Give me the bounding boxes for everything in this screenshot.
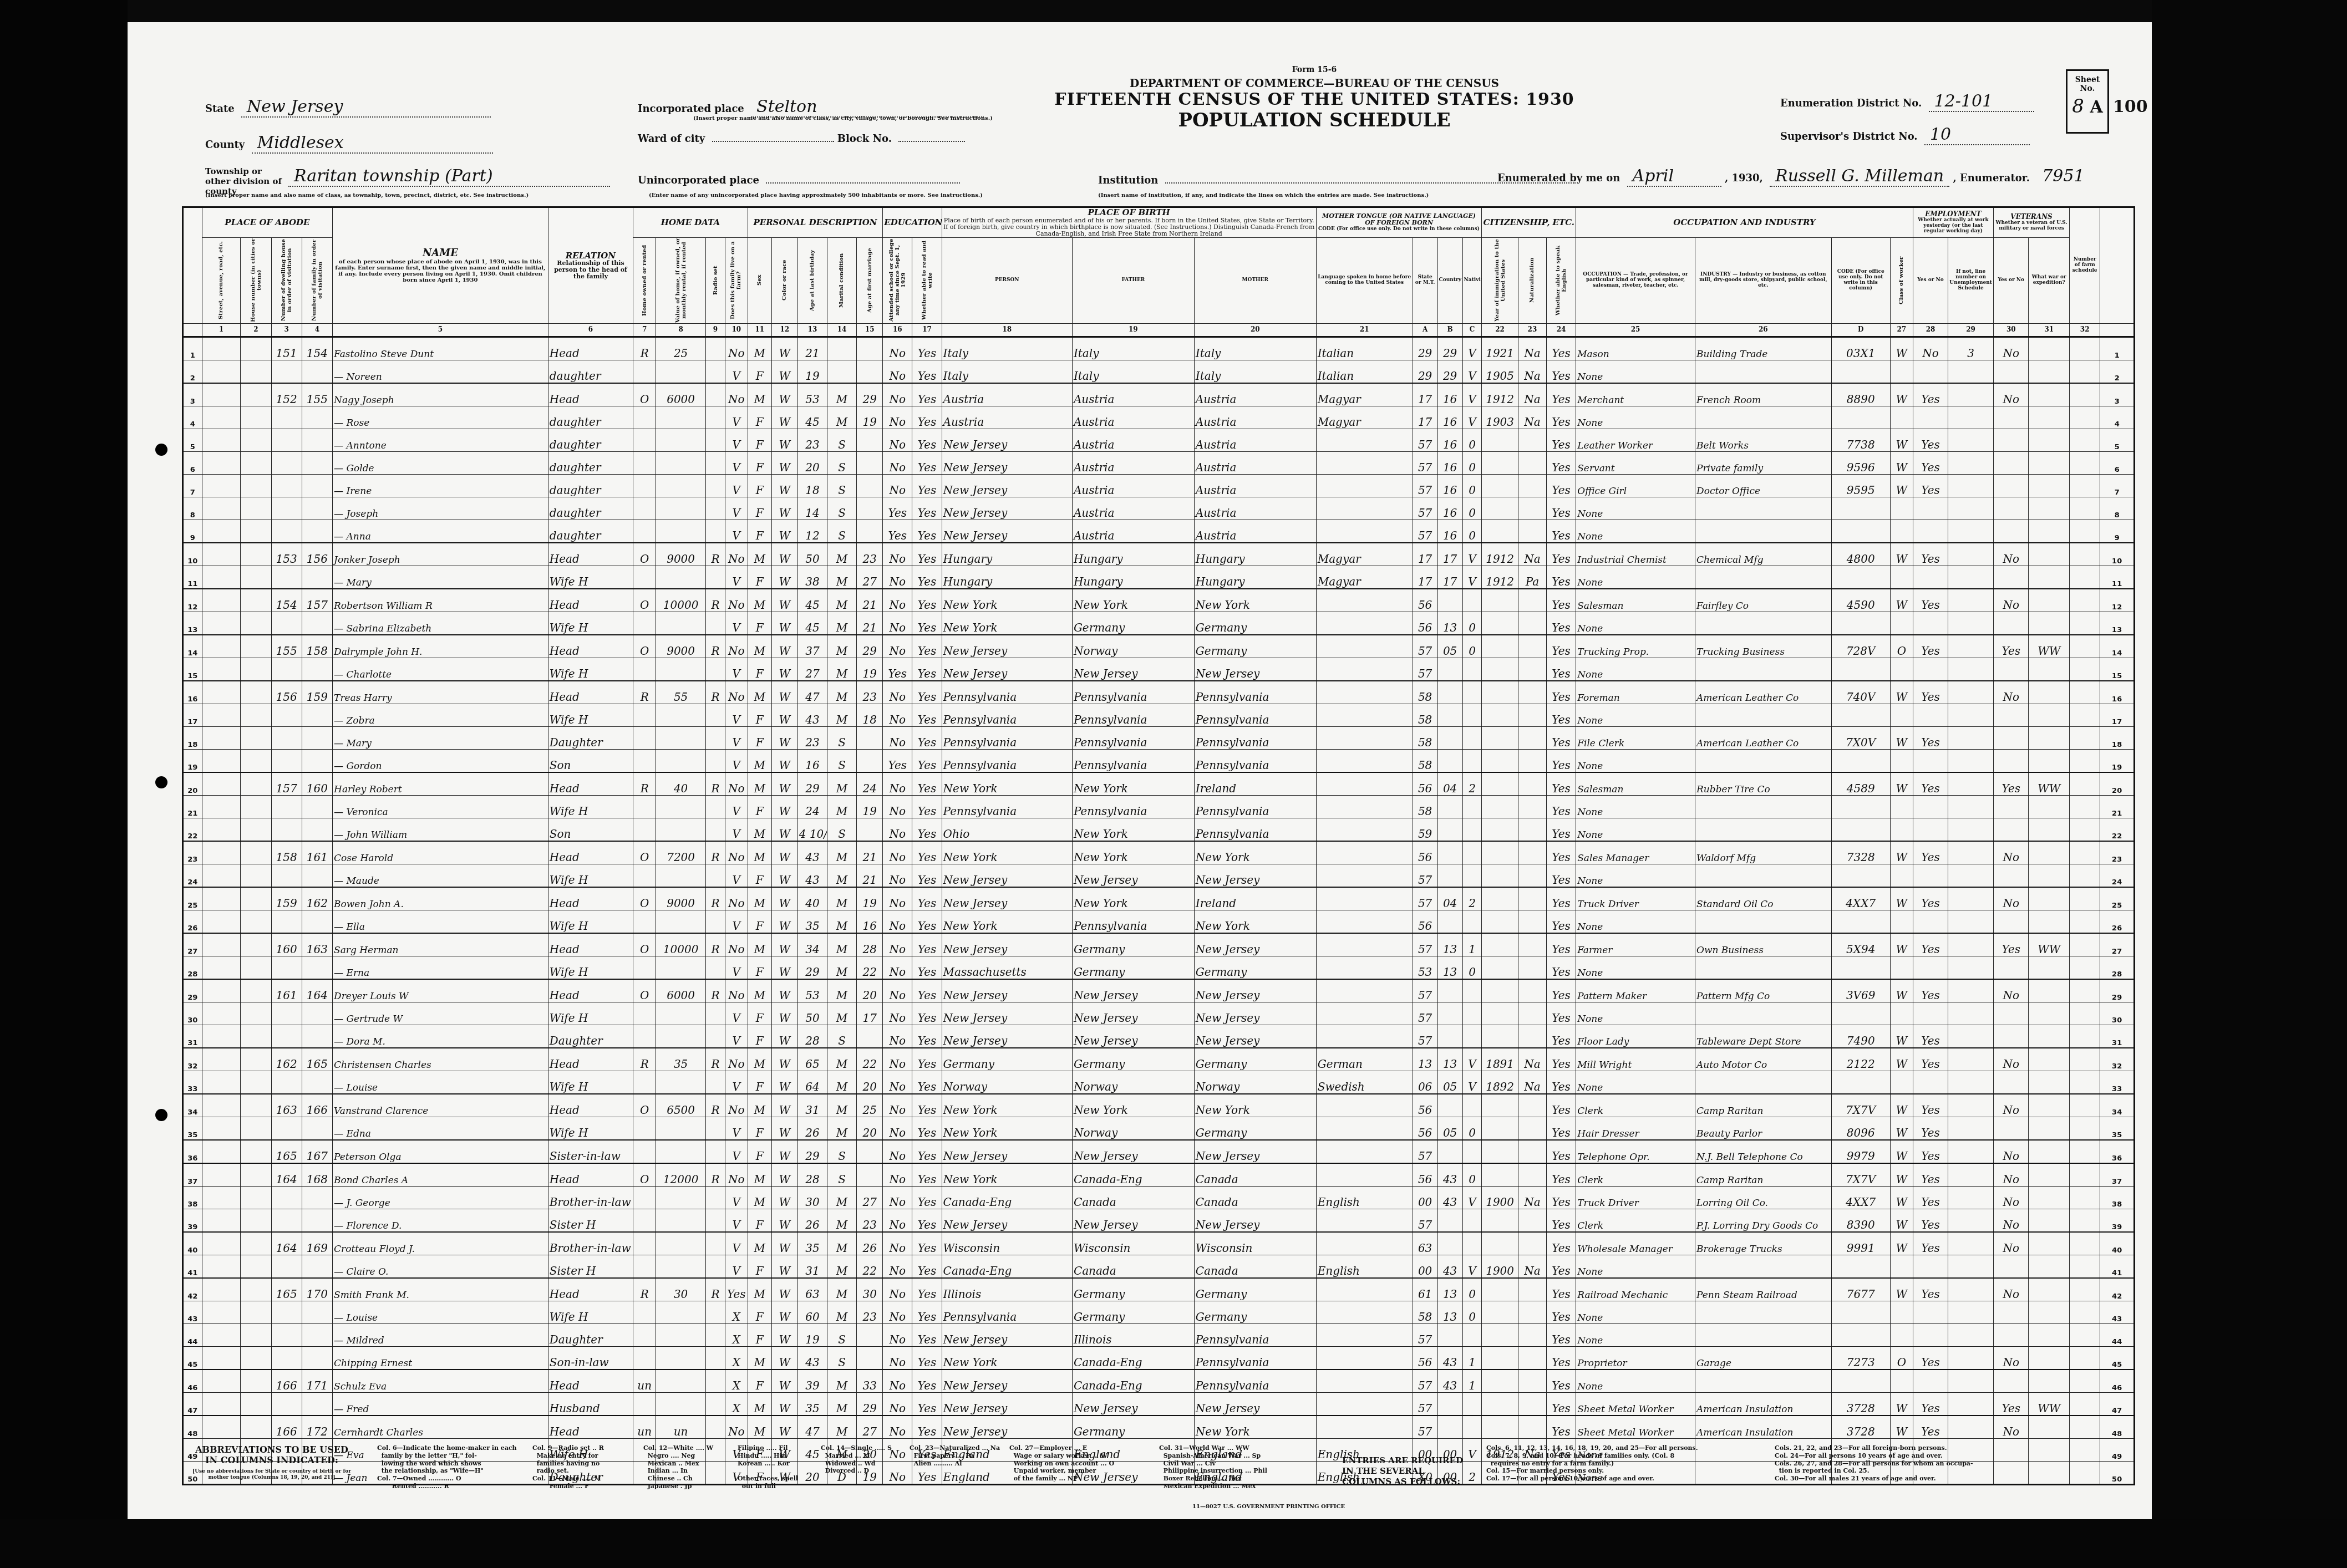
cell-code-a: 56: [1413, 1346, 1437, 1370]
cell-farm-sched: [2070, 1163, 2100, 1187]
cell-radio: R: [706, 1094, 725, 1117]
cell-pob-father: New York: [1072, 887, 1194, 910]
cell-race: W: [771, 795, 797, 818]
cell-line: 45: [2100, 1346, 2135, 1370]
cell-read: Yes: [912, 1025, 942, 1048]
cell-unemp-line: [1948, 772, 1994, 796]
cell-age: 43: [797, 1346, 827, 1370]
column-number-2: 2: [241, 323, 271, 337]
cell-relation: daughter: [548, 520, 633, 543]
cell-family: 154: [302, 337, 332, 360]
cell-code-c: V: [1462, 1071, 1482, 1094]
cell-code-a: 57: [1413, 474, 1437, 497]
cell-age: 60: [797, 1301, 827, 1323]
cell-natur: [1518, 910, 1546, 933]
cell-code-d: 7273: [1831, 1346, 1890, 1370]
abbr-col23: Col. 23—Naturalized ... Na First papers …: [910, 1444, 1000, 1467]
cell-marital: M: [827, 1117, 856, 1140]
cell-industry: N.J. Bell Telephone Co: [1695, 1140, 1832, 1163]
enumerated-year: , 1930,: [1725, 172, 1763, 184]
cell-farm-sched: [2070, 1370, 2100, 1393]
cell-pob-mother: Pennsylvania: [1194, 818, 1316, 841]
cell-unemp-line: [1948, 635, 1994, 658]
cell-age-marriage: [857, 429, 883, 451]
cell-read: Yes: [912, 726, 942, 749]
cell-relation: Head: [548, 383, 633, 406]
cell-code-c: 2: [1462, 772, 1482, 796]
cell-vet: No: [1994, 1048, 2029, 1071]
cell-age: 65: [797, 1048, 827, 1071]
cell-marital: M: [827, 1370, 856, 1393]
cell-street: [202, 749, 241, 772]
column-number-22: 22: [1482, 323, 1518, 337]
cell-radio: [706, 658, 725, 681]
cell-line: 40: [2100, 1232, 2135, 1255]
cell-vet: Yes: [1994, 635, 2029, 658]
cell-occupation: Industrial Chemist: [1576, 543, 1695, 566]
cell-farm-sched: [2070, 1048, 2100, 1071]
cell-race: W: [771, 1048, 797, 1071]
cell-farm-sched: [2070, 566, 2100, 589]
column-header-8: Value of home, if owned, or monthly rent…: [656, 237, 706, 323]
cell-pob-mother: Germany: [1194, 612, 1316, 635]
entries-title: ENTRIES ARE REQUIRED IN THE SEVERAL COLU…: [1342, 1455, 1475, 1486]
cell-owned: [633, 864, 656, 887]
cell-pob: New York: [942, 772, 1072, 796]
cell-radio: [706, 1416, 725, 1439]
cell-street: [202, 1346, 241, 1370]
cell-house: [241, 1255, 271, 1278]
cell-read: Yes: [912, 1255, 942, 1278]
cell-farm: V: [725, 910, 748, 933]
cell-pob-father: Austria: [1072, 451, 1194, 474]
cell-dwelling: 165: [271, 1140, 302, 1163]
cell-name: Bond Charles A: [333, 1163, 548, 1187]
column-number-19: 19: [1072, 323, 1194, 337]
cell-farm: No: [725, 1048, 748, 1071]
cell-owned: [633, 726, 656, 749]
cell-natur: [1518, 979, 1546, 1002]
cell-code-c: V: [1462, 1048, 1482, 1071]
cell-race: W: [771, 841, 797, 864]
cell-street: [202, 1209, 241, 1232]
cell-pob-father: Austria: [1072, 383, 1194, 406]
cell-pob: Illinois: [942, 1278, 1072, 1301]
cell-code-c: [1462, 1025, 1482, 1048]
cell-marital: M: [827, 1094, 856, 1117]
cell-relation: Wife H: [548, 1301, 633, 1323]
cell-family: 168: [302, 1163, 332, 1187]
cell-farm-sched: [2070, 1186, 2100, 1209]
cell-language: [1316, 451, 1413, 474]
cell-owned: [633, 612, 656, 635]
cell-pob-father: Canada-Eng: [1072, 1346, 1194, 1370]
cell-pob-father: Austria: [1072, 497, 1194, 520]
cell-vet: No: [1994, 543, 2029, 566]
cell-code-b: [1437, 1416, 1462, 1439]
cell-radio: R: [706, 1278, 725, 1301]
column-number-15: 15: [857, 323, 883, 337]
cell-marital: M: [827, 383, 856, 406]
table-row: 11— MaryWife HVFW38M27NoYesHungaryHungar…: [183, 566, 2135, 589]
cell-street: [202, 1094, 241, 1117]
cell-name: — Anna: [333, 520, 548, 543]
column-header-20: MOTHER: [1194, 237, 1316, 323]
cell-language: [1316, 497, 1413, 520]
cell-class: [1890, 1071, 1913, 1094]
cell-read: Yes: [912, 451, 942, 474]
cell-relation: Head: [548, 772, 633, 796]
cell-english: Yes: [1546, 635, 1576, 658]
cell-name: Sarg Herman: [333, 933, 548, 956]
cell-pob-mother: Pennsylvania: [1194, 749, 1316, 772]
cell-age: 43: [797, 704, 827, 726]
cell-farm-sched: [2070, 1346, 2100, 1370]
cell-read: Yes: [912, 474, 942, 497]
cell-house: [241, 337, 271, 360]
cell-value: [656, 1392, 706, 1416]
cell-read: Yes: [912, 772, 942, 796]
cell-occupation: Proprietor: [1576, 1346, 1695, 1370]
department-title: DEPARTMENT OF COMMERCE—BUREAU OF THE CEN…: [987, 77, 1642, 90]
table-row: 16156159Treas HarryHeadR55RNoMW47M23NoYe…: [183, 681, 2135, 704]
cell-pob-father: Austria: [1072, 406, 1194, 429]
cell-pob: New York: [942, 589, 1072, 612]
cell-occupation: Sales Manager: [1576, 841, 1695, 864]
cell-farm: V: [725, 1232, 748, 1255]
cell-owned: [633, 910, 656, 933]
incorporated-field: Incorporated place Stelton: [638, 97, 984, 118]
cell-relation: Wife H: [548, 1071, 633, 1094]
cell-school: No: [883, 1094, 912, 1117]
cell-age-marriage: 19: [857, 795, 883, 818]
cell-marital: M: [827, 910, 856, 933]
cell-industry: Waldorf Mfg: [1695, 841, 1832, 864]
cell-radio: R: [706, 589, 725, 612]
cell-owned: [633, 520, 656, 543]
table-row: 14155158Dalrymple John H.HeadO9000RNoMW3…: [183, 635, 2135, 658]
cell-immig: [1482, 704, 1518, 726]
cell-value: [656, 451, 706, 474]
cell-dwelling: 166: [271, 1416, 302, 1439]
cell-school: No: [883, 1140, 912, 1163]
cell-sex: F: [748, 429, 771, 451]
cell-industry: [1695, 1301, 1832, 1323]
column-number-8: 8: [656, 323, 706, 337]
cell-radio: [706, 818, 725, 841]
cell-farm: V: [725, 360, 748, 383]
cell-language: English: [1316, 1255, 1413, 1278]
cell-immig: [1482, 1370, 1518, 1393]
cell-code-b: 16: [1437, 520, 1462, 543]
cell-class: [1890, 1370, 1913, 1393]
cell-class: W: [1890, 1117, 1913, 1140]
abbreviations-footer: ABBREVIATIONS TO BE USED IN COLUMNS INDI…: [189, 1444, 2130, 1511]
cell-dwelling: [271, 497, 302, 520]
cell-code-d: [1831, 1323, 1890, 1346]
cell-read: Yes: [912, 635, 942, 658]
cell-english: Yes: [1546, 979, 1576, 1002]
cell-sex: M: [748, 337, 771, 360]
cell-code-a: 58: [1413, 726, 1437, 749]
cell-code-d: [1831, 956, 1890, 979]
table-row: 12154157Robertson William RHeadO10000RNo…: [183, 589, 2135, 612]
cell-code-c: V: [1462, 360, 1482, 383]
cell-class: [1890, 1301, 1913, 1323]
cell-pob-father: New Jersey: [1072, 1025, 1194, 1048]
cell-read: Yes: [912, 864, 942, 887]
column-number-line: [183, 323, 202, 337]
cell-english: Yes: [1546, 383, 1576, 406]
cell-dwelling: [271, 704, 302, 726]
cell-natur: Na: [1518, 360, 1546, 383]
cell-line: 17: [2100, 704, 2135, 726]
cell-street: [202, 841, 241, 864]
cell-unemp-line: [1948, 841, 1994, 864]
cell-house: [241, 1140, 271, 1163]
cell-war: [2029, 589, 2070, 612]
cell-pob: New York: [942, 1163, 1072, 1187]
cell-code-c: [1462, 681, 1482, 704]
table-row: 13— Sabrina ElizabethWife HVFW45M21NoYes…: [183, 612, 2135, 635]
cell-owned: [633, 451, 656, 474]
cell-code-d: 3728: [1831, 1416, 1890, 1439]
table-row: 40164169Crotteau Floyd J.Brother-in-lawV…: [183, 1232, 2135, 1255]
cell-line: 36: [2100, 1140, 2135, 1163]
cell-line: 10: [183, 543, 202, 566]
table-row: 15— CharlotteWife HVFW27M19YesYesNew Jer…: [183, 658, 2135, 681]
cell-class: [1890, 704, 1913, 726]
column-number-29: 29: [1948, 323, 1994, 337]
cell-owned: [633, 1140, 656, 1163]
cell-sex: F: [748, 795, 771, 818]
cell-code-b: [1437, 1232, 1462, 1255]
cell-code-b: 05: [1437, 1117, 1462, 1140]
cell-house: [241, 497, 271, 520]
cell-pob: New Jersey: [942, 1140, 1072, 1163]
cell-dwelling: [271, 566, 302, 589]
cell-farm: No: [725, 681, 748, 704]
cell-marital: S: [827, 1323, 856, 1346]
cell-natur: [1518, 1002, 1546, 1025]
cell-relation: Wife H: [548, 566, 633, 589]
cell-code-b: 16: [1437, 406, 1462, 429]
cell-industry: Belt Works: [1695, 429, 1832, 451]
cell-house: [241, 1323, 271, 1346]
cell-unemp-line: [1948, 1278, 1994, 1301]
table-row: 17— ZobraWife HVFW43M18NoYesPennsylvania…: [183, 704, 2135, 726]
cell-farm: No: [725, 383, 748, 406]
cell-relation: Head: [548, 1163, 633, 1187]
cell-read: Yes: [912, 543, 942, 566]
cell-marital: M: [827, 887, 856, 910]
cell-natur: [1518, 474, 1546, 497]
cell-value: 6500: [656, 1094, 706, 1117]
column-header-17: Whether able to read and write: [912, 237, 942, 323]
cell-immig: [1482, 681, 1518, 704]
cell-pob: Hungary: [942, 543, 1072, 566]
cell-race: W: [771, 1323, 797, 1346]
cell-age: 38: [797, 566, 827, 589]
cell-school: No: [883, 1048, 912, 1071]
cell-industry: [1695, 520, 1832, 543]
cell-pob: New Jersey: [942, 474, 1072, 497]
cell-age-marriage: 20: [857, 979, 883, 1002]
census-title: FIFTEENTH CENSUS OF THE UNITED STATES: 1…: [987, 90, 1642, 109]
cell-read: Yes: [912, 612, 942, 635]
cell-english: Yes: [1546, 1048, 1576, 1071]
cell-line: 16: [183, 681, 202, 704]
cell-vet: [1994, 1323, 2029, 1346]
cell-pob: Pennsylvania: [942, 795, 1072, 818]
cell-line: 6: [183, 451, 202, 474]
cell-class: W: [1890, 1186, 1913, 1209]
cell-natur: Na: [1518, 1048, 1546, 1071]
cell-english: Yes: [1546, 795, 1576, 818]
cell-race: W: [771, 1002, 797, 1025]
cell-dwelling: 163: [271, 1094, 302, 1117]
stamp-number: 7951: [2036, 166, 2090, 186]
cell-immig: [1482, 635, 1518, 658]
cell-industry: P.J. Lorring Dry Goods Co: [1695, 1209, 1832, 1232]
cell-age: 19: [797, 1323, 827, 1346]
cell-pob-father: Canada-Eng: [1072, 1370, 1194, 1393]
table-row: 38— J. GeorgeBrother-in-lawVMW30M27NoYes…: [183, 1186, 2135, 1209]
cell-farm-sched: [2070, 383, 2100, 406]
cell-marital: [827, 337, 856, 360]
cell-age: 27: [797, 658, 827, 681]
cell-pob-father: Norway: [1072, 635, 1194, 658]
sheet-number-box: Sheet No. 8 A: [2066, 69, 2109, 134]
cell-occupation: Leather Worker: [1576, 429, 1695, 451]
cell-vet: Yes: [1994, 933, 2029, 956]
cell-natur: [1518, 704, 1546, 726]
cell-code-b: [1437, 1094, 1462, 1117]
cell-occupation: None: [1576, 910, 1695, 933]
cell-radio: R: [706, 979, 725, 1002]
cell-name: — Gordon: [333, 749, 548, 772]
cell-code-b: 16: [1437, 474, 1462, 497]
cell-relation: Head: [548, 681, 633, 704]
cell-name: Cernhardt Charles: [333, 1416, 548, 1439]
cell-marital: S: [827, 1140, 856, 1163]
cell-farm-sched: [2070, 864, 2100, 887]
cell-name: — Joseph: [333, 497, 548, 520]
cell-immig: [1482, 887, 1518, 910]
cell-sex: F: [748, 1323, 771, 1346]
cell-dwelling: 157: [271, 772, 302, 796]
cell-occupation: None: [1576, 1002, 1695, 1025]
cell-natur: [1518, 864, 1546, 887]
cell-family: [302, 451, 332, 474]
cell-owned: [633, 818, 656, 841]
cell-code-c: V: [1462, 337, 1482, 360]
cell-house: [241, 429, 271, 451]
cell-pob: New Jersey: [942, 979, 1072, 1002]
cell-code-a: 57: [1413, 1140, 1437, 1163]
cell-industry: Brokerage Trucks: [1695, 1232, 1832, 1255]
cell-immig: [1482, 933, 1518, 956]
cell-code-b: [1437, 1209, 1462, 1232]
table-row: 7— IrenedaughterVFW18SNoYesNew JerseyAus…: [183, 474, 2135, 497]
cell-marital: S: [827, 818, 856, 841]
cell-dwelling: [271, 1346, 302, 1370]
cell-work: [1913, 406, 1948, 429]
cell-work: No: [1913, 337, 1948, 360]
cell-age: 35: [797, 910, 827, 933]
table-row: 44— MildredDaughterXFW19SNoYesNew Jersey…: [183, 1323, 2135, 1346]
cell-pob-mother: New York: [1194, 910, 1316, 933]
cell-line: 43: [183, 1301, 202, 1323]
abbr-col6: Col. 6—Indicate the home-maker in each f…: [377, 1444, 517, 1490]
cell-work: Yes: [1913, 933, 1948, 956]
column-header-C: Nativity: [1462, 237, 1482, 323]
cell-farm: V: [725, 749, 748, 772]
cell-sex: M: [748, 635, 771, 658]
cell-language: [1316, 681, 1413, 704]
cell-pob: Ohio: [942, 818, 1072, 841]
cell-english: Yes: [1546, 1323, 1576, 1346]
cell-sex: F: [748, 658, 771, 681]
cell-vet: No: [1994, 1278, 2029, 1301]
cell-name: Jonker Joseph: [333, 543, 548, 566]
cell-farm-sched: [2070, 1094, 2100, 1117]
cell-line: 26: [2100, 910, 2135, 933]
cell-pob: Germany: [942, 1048, 1072, 1071]
cell-street: [202, 474, 241, 497]
cell-language: [1316, 979, 1413, 1002]
cell-class: W: [1890, 772, 1913, 796]
column-number-26: 26: [1695, 323, 1832, 337]
cell-pob-mother: Austria: [1194, 383, 1316, 406]
cell-house: [241, 1278, 271, 1301]
page-number: 100: [2113, 97, 2148, 116]
cell-occupation: Clerk: [1576, 1163, 1695, 1187]
cell-natur: [1518, 1232, 1546, 1255]
cell-english: Yes: [1546, 956, 1576, 979]
cell-english: Yes: [1546, 818, 1576, 841]
cell-relation: daughter: [548, 451, 633, 474]
cell-age: 31: [797, 1255, 827, 1278]
cell-owned: [633, 566, 656, 589]
cell-family: 166: [302, 1094, 332, 1117]
cell-sex: F: [748, 612, 771, 635]
cell-code-d: 03X1: [1831, 337, 1890, 360]
cell-code-d: 8096: [1831, 1117, 1890, 1140]
cell-industry: American Insulation: [1695, 1392, 1832, 1416]
cell-pob-mother: New Jersey: [1194, 1002, 1316, 1025]
cell-class: [1890, 795, 1913, 818]
cell-line: 26: [183, 910, 202, 933]
cell-code-d: 4800: [1831, 543, 1890, 566]
cell-code-a: 57: [1413, 1209, 1437, 1232]
cell-work: [1913, 360, 1948, 383]
cell-name: — Mary: [333, 726, 548, 749]
cell-value: [656, 726, 706, 749]
cell-pob-mother: New Jersey: [1194, 1140, 1316, 1163]
cell-marital: S: [827, 1163, 856, 1187]
cell-war: [2029, 956, 2070, 979]
cell-work: [1913, 1301, 1948, 1323]
unincorporated-field: Unincorporated place: [638, 175, 960, 186]
cell-value: [656, 956, 706, 979]
cell-code-c: [1462, 841, 1482, 864]
cell-school: No: [883, 864, 912, 887]
column-number-9: 9: [706, 323, 725, 337]
cell-school: No: [883, 795, 912, 818]
cell-class: W: [1890, 543, 1913, 566]
cell-line: 15: [2100, 658, 2135, 681]
